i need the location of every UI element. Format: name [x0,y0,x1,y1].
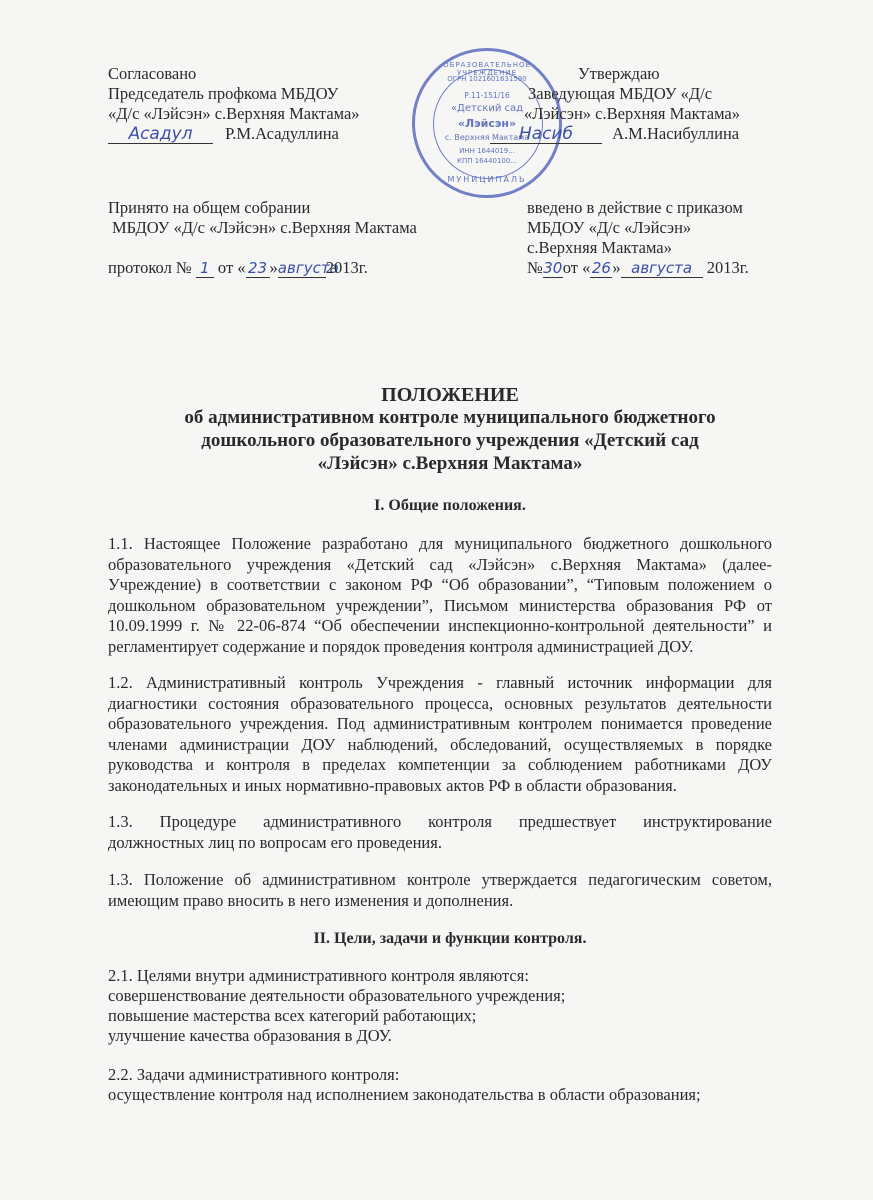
enacted-line2: МБДОУ «Д/с «Лэйсэн» [527,218,691,237]
document-page: Согласовано Председатель профкома МБДОУ … [0,0,873,1200]
stamp-ogrn: ОГРН 1021601631590 [415,75,559,83]
order-line: №30от «26»августа 2013г. [527,258,749,278]
task-item: осуществление контроля над исполнением з… [108,1085,701,1106]
document-title: ПОЛОЖЕНИЕ [100,383,800,407]
left-signature: Асадул [108,125,213,144]
right-signature: Насиб [490,125,602,144]
protocol-day: 23 [248,259,267,277]
protocol-line: протокол № 1 от «23»августа2013г. [108,258,368,278]
order-number: 30 [543,259,562,277]
right-approval-position: Заведующая МБДОУ «Д/с [528,84,712,103]
adopted-line1: Принято на общем собрании [108,198,310,217]
enacted-line1: введено в действие с приказом [527,198,743,217]
right-approval-org: «Лэйсэн» с.Верхняя Мактама» [524,104,740,123]
document-subtitle-1: об административном контроле муниципальн… [100,406,800,429]
goal-item: улучшение качества образования в ДОУ. [108,1026,392,1047]
document-subtitle-2: дошкольного образовательного учреждения … [100,429,800,452]
protocol-number: 1 [200,259,210,277]
document-subtitle-3: «Лэйсэн» с.Верхняя Мактама» [100,452,800,475]
right-approval-label: Утверждаю [578,64,660,83]
enacted-line3: с.Верхняя Мактама» [527,238,672,257]
protocol-year: 2013г. [326,258,368,277]
stamp-kpp: КПП 16440100... [415,157,559,165]
section-2-heading: II. Цели, задачи и функции контроля. [100,929,800,949]
right-approval-name: А.М.Насибуллина [612,124,739,143]
left-approval-signature-line: Асадул Р.М.Асадуллина [108,124,339,144]
paragraph-2-2-intro: 2.2. Задачи административного контроля: [108,1065,399,1086]
left-approval-name: Р.М.Асадуллина [225,124,339,143]
order-day: 26 [592,259,611,277]
goal-item: совершенствование деятельности образоват… [108,986,565,1007]
paragraph-1-3: 1.3. Процедуре административного контрол… [108,812,772,853]
official-stamp: ОБРАЗОВАТЕЛЬНОЕ УЧРЕЖДЕНИЕ ОГРН 10216016… [412,48,562,198]
goal-item: повышение мастерства всех категорий рабо… [108,1006,476,1027]
adopted-line2: МБДОУ «Д/с «Лэйсэн» с.Верхняя Мактама [112,218,417,237]
order-year: 2013г. [707,258,749,277]
section-1-heading: I. Общие положения. [100,496,800,516]
stamp-bottom-text: МУНИЦИПАЛЬ [415,175,559,184]
paragraph-2-1-intro: 2.1. Целями внутри административного кон… [108,966,529,987]
paragraph-1-2: 1.2. Административный контроль Учреждени… [108,673,772,796]
paragraph-1-1: 1.1. Настоящее Положение разработано для… [108,534,772,657]
left-approval-org: «Д/с «Лэйсэн» с.Верхняя Мактама» [108,104,360,123]
paragraph-1-3b: 1.3. Положение об административном контр… [108,870,772,911]
left-approval-position: Председатель профкома МБДОУ [108,84,338,103]
left-approval-label: Согласовано [108,64,196,83]
right-approval-signature-line: Насиб А.М.Насибуллина [490,124,739,144]
stamp-inn: ИНН 1644019... [415,147,559,155]
order-month: августа [631,259,692,277]
